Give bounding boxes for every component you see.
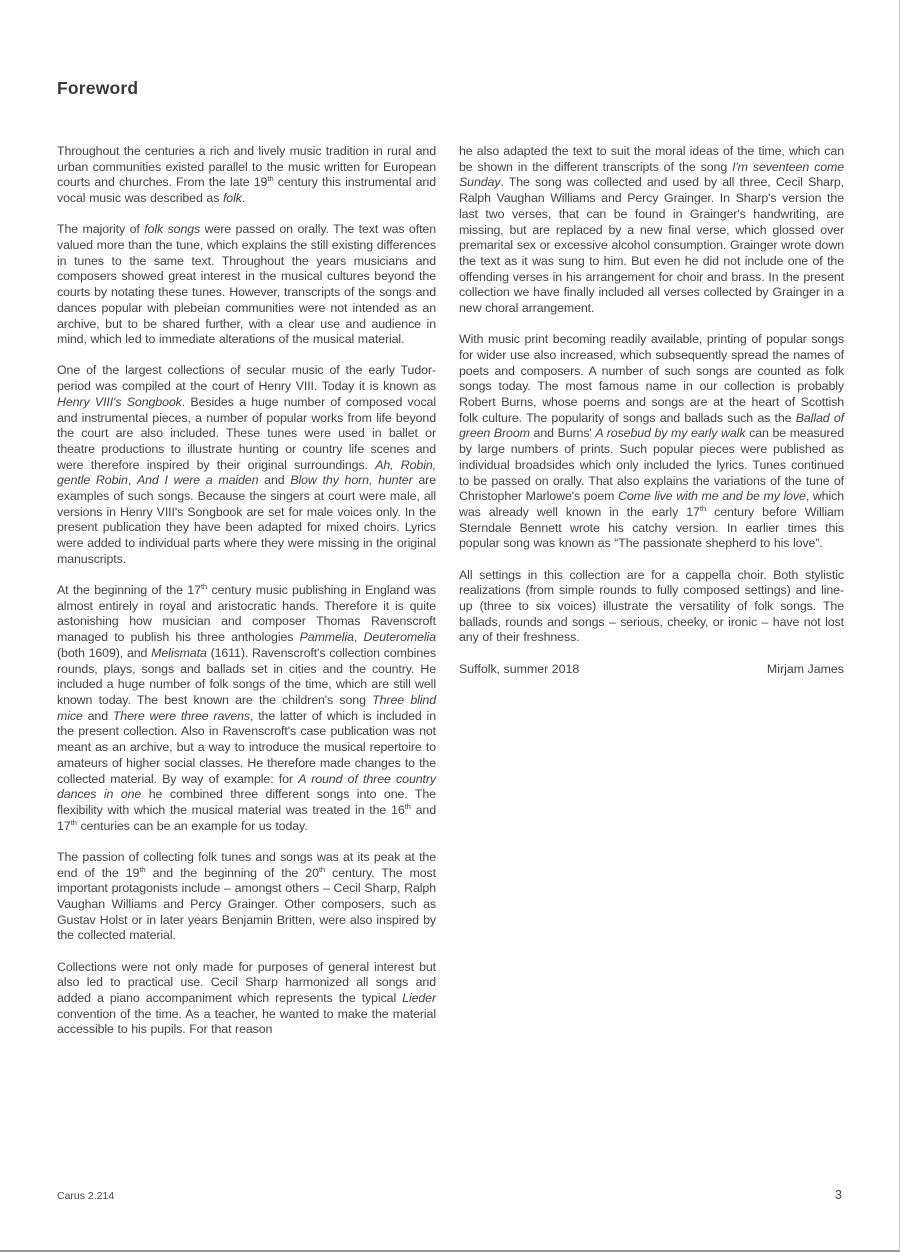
signature-author: Mirjam James bbox=[767, 662, 844, 678]
paragraph: Collections were not only made for purpo… bbox=[57, 960, 436, 1039]
page-footer: Carus 2.214 3 bbox=[57, 1188, 842, 1202]
paragraph: The passion of collecting folk tunes and… bbox=[57, 850, 436, 944]
footer-edition: Carus 2.214 bbox=[57, 1190, 114, 1202]
paragraph: All settings in this collection are for … bbox=[459, 568, 844, 647]
page-title: Foreword bbox=[57, 78, 844, 99]
signature-place-date: Suffolk, summer 2018 bbox=[459, 662, 579, 678]
paragraph: he also adapted the text to suit the mor… bbox=[459, 144, 844, 317]
column-left: Throughout the centuries a rich and live… bbox=[57, 144, 436, 1054]
page-body: Foreword Throughout the centuries a rich… bbox=[57, 0, 844, 1054]
paragraph: One of the largest collections of secula… bbox=[57, 363, 436, 567]
footer-page-number: 3 bbox=[835, 1188, 842, 1202]
scanned-document-page: { "page": { "title": "Foreword", "column… bbox=[0, 0, 900, 1252]
paragraph: Throughout the centuries a rich and live… bbox=[57, 144, 436, 207]
paragraph: With music print becoming readily availa… bbox=[459, 332, 844, 552]
paragraph: The majority of folk songs were passed o… bbox=[57, 222, 436, 348]
column-right-paragraphs: he also adapted the text to suit the mor… bbox=[459, 144, 844, 646]
column-right: he also adapted the text to suit the mor… bbox=[459, 144, 844, 1054]
signature-row: Suffolk, summer 2018 Mirjam James bbox=[459, 662, 844, 678]
paragraph: At the beginning of the 17th century mus… bbox=[57, 583, 436, 834]
two-column-text: Throughout the centuries a rich and live… bbox=[57, 144, 844, 1054]
